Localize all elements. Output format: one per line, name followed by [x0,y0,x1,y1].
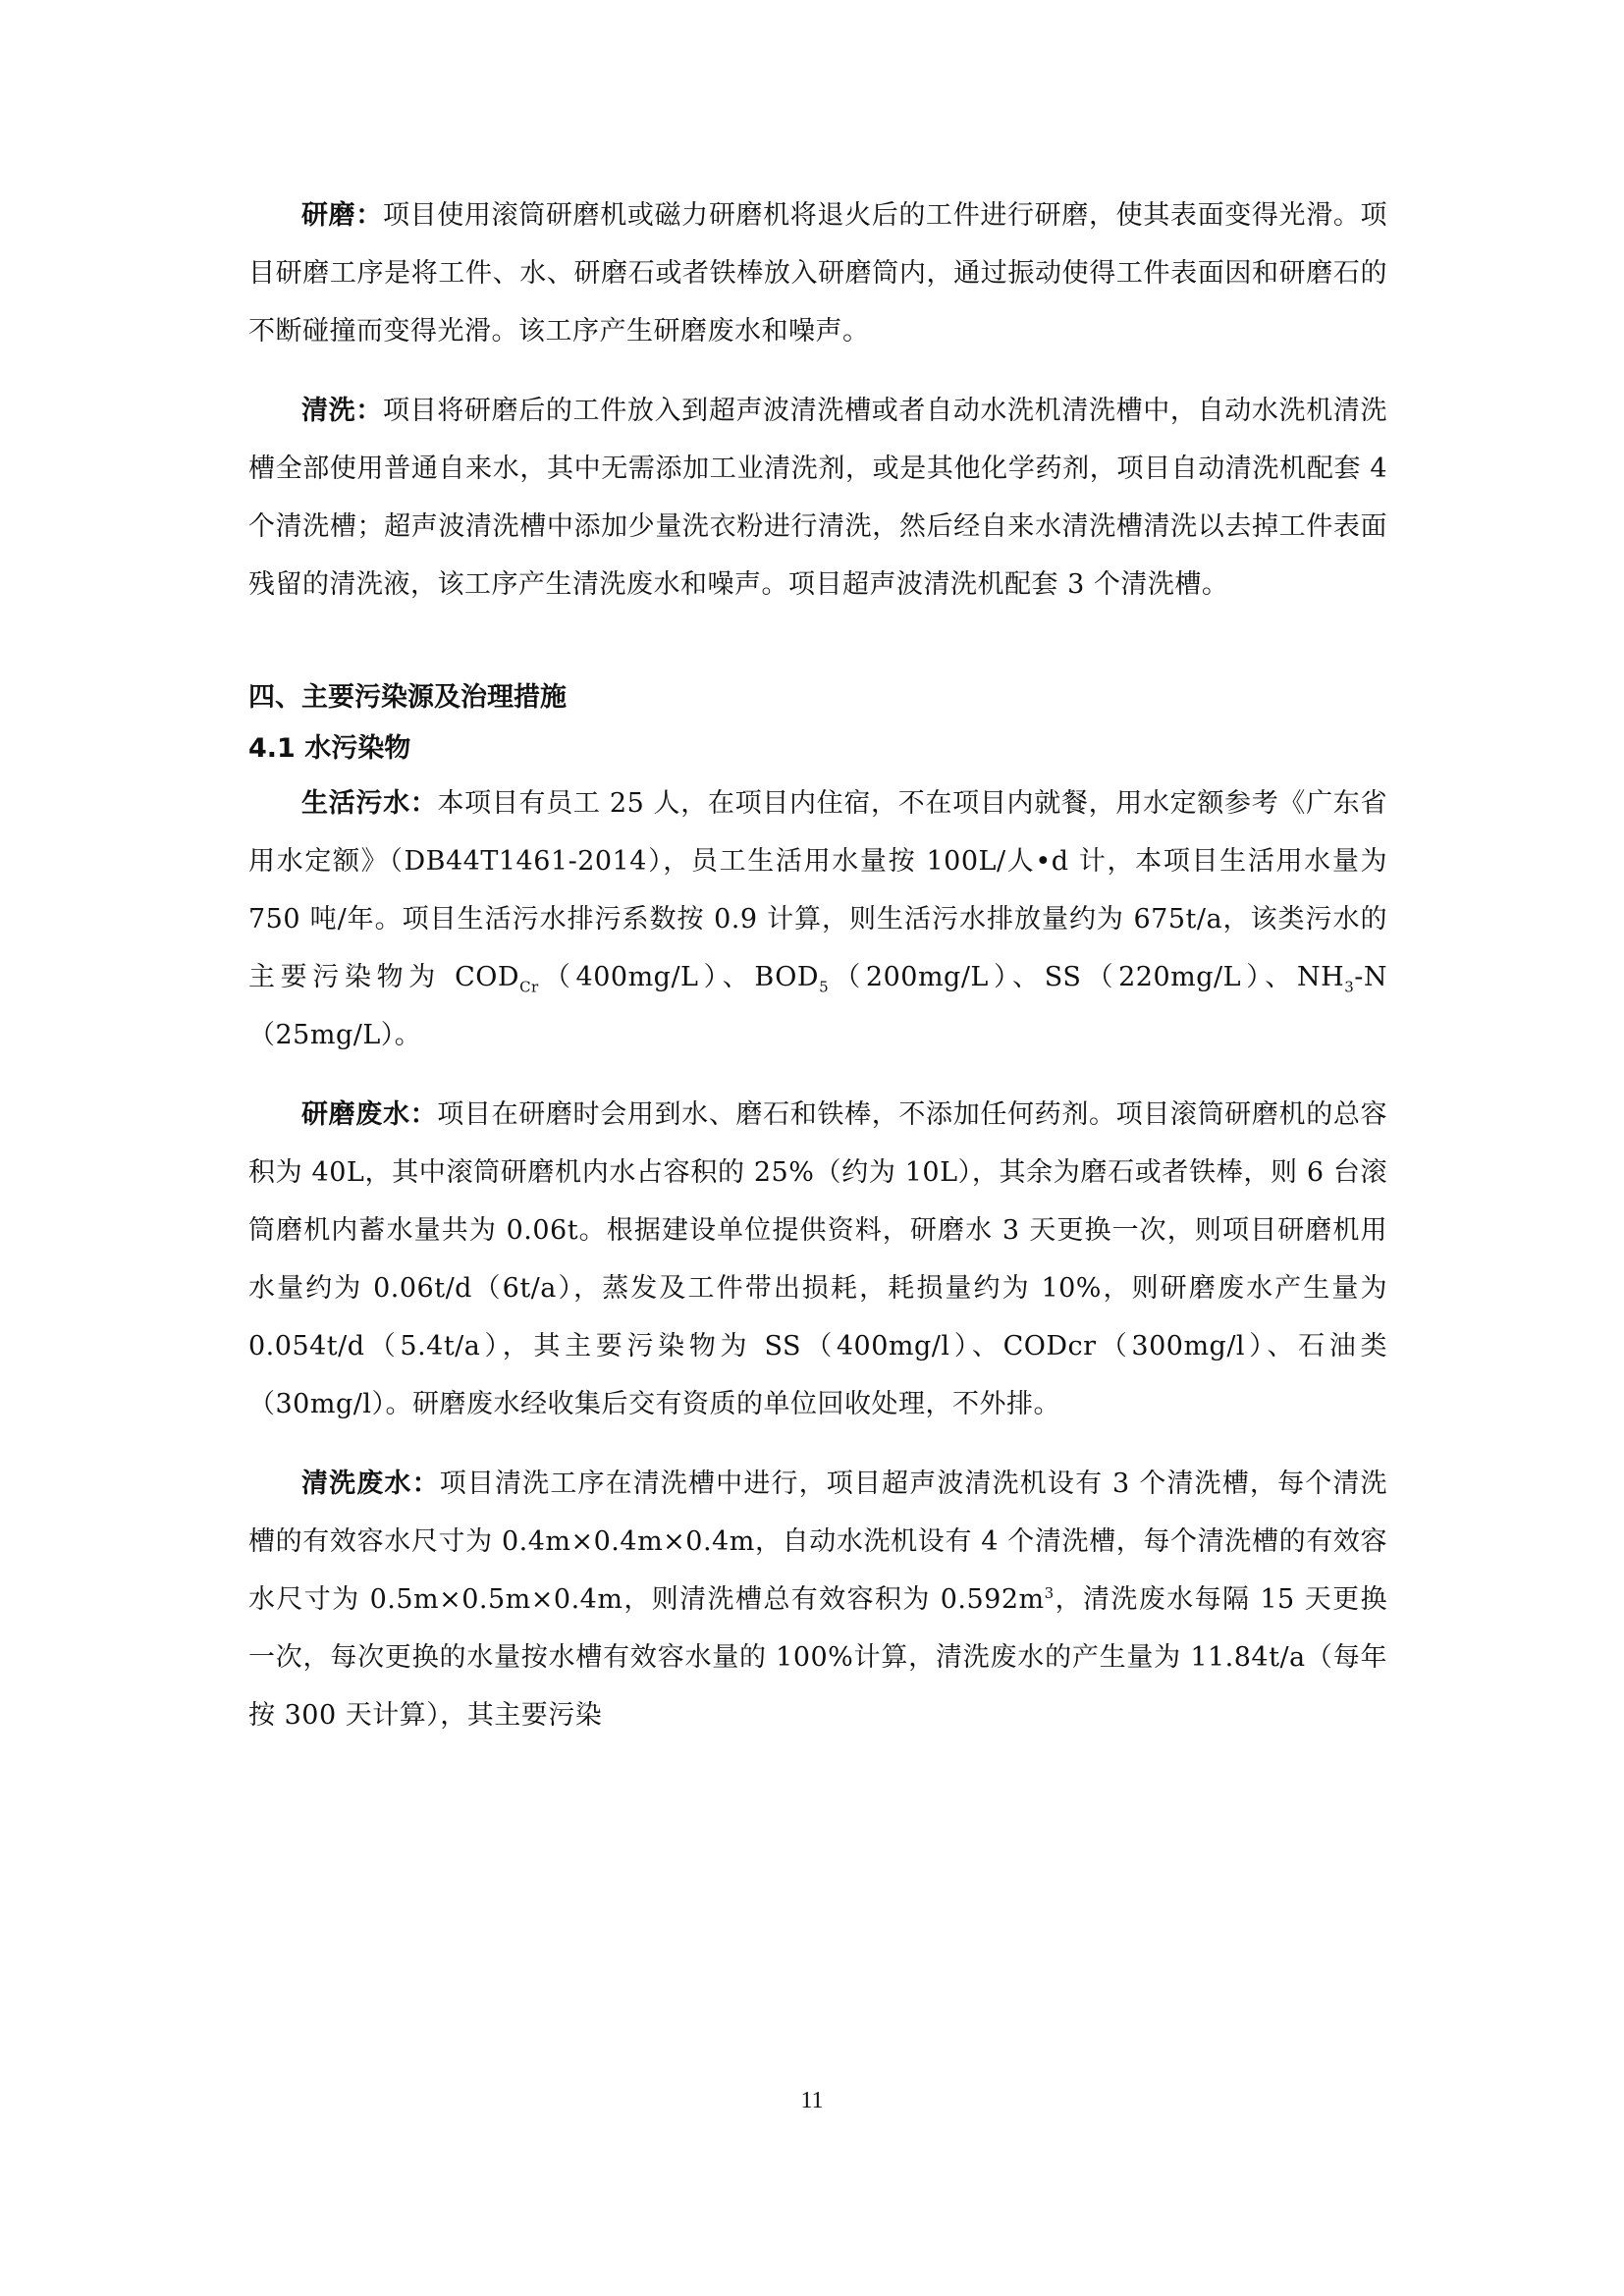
subscript: Cr [519,978,539,995]
spacer [248,360,1387,382]
paragraph-domestic-sewage: 生活污水：本项目有员工 25 人，在项目内住宿，不在项目内就餐，用水定额参考《广… [248,774,1387,1064]
subscript: 3 [1344,978,1354,995]
spacer [248,1433,1387,1455]
section-heading: 四、主要污染源及治理措施 [248,672,1387,723]
paragraph-text: （400mg/L）、BOD [539,962,819,992]
superscript: 3 [1045,1584,1055,1602]
paragraph-lead: 研磨废水： [301,1099,437,1130]
subscript: 5 [819,978,829,995]
paragraph-text: （200mg/L）、SS（220mg/L）、NH [829,962,1344,992]
paragraph-lead: 清洗废水： [301,1468,440,1499]
paragraph-cleaning-wastewater: 清洗废水：项目清洗工序在清洗槽中进行，项目超声波清洗机设有 3 个清洗槽，每个清… [248,1455,1387,1744]
spacer [248,614,1387,672]
paragraph-lead: 生活污水： [301,788,437,819]
document-page: 研磨：项目使用滚筒研磨机或磁力研磨机将退火后的工件进行研磨，使其表面变得光滑。项… [248,187,1387,1744]
paragraph-lead: 清洗： [301,396,383,426]
paragraph-text: 项目使用滚筒研磨机或磁力研磨机将退火后的工件进行研磨，使其表面变得光滑。项目研磨… [248,200,1387,347]
paragraph-text: 项目将研磨后的工件放入到超声波清洗槽或者自动水洗机清洗槽中，自动水洗机清洗槽全部… [248,396,1387,600]
paragraph-grinding-wastewater: 研磨废水：项目在研磨时会用到水、磨石和铁棒，不添加任何药剂。项目滚筒研磨机的总容… [248,1086,1387,1433]
page-number: 11 [0,2088,1624,2114]
subsection-heading: 4.1 水污染物 [248,723,1387,774]
spacer [248,1064,1387,1086]
paragraph-cleaning: 清洗：项目将研磨后的工件放入到超声波清洗槽或者自动水洗机清洗槽中，自动水洗机清洗… [248,382,1387,614]
paragraph-lead: 研磨： [301,200,383,231]
paragraph-grinding: 研磨：项目使用滚筒研磨机或磁力研磨机将退火后的工件进行研磨，使其表面变得光滑。项… [248,187,1387,360]
paragraph-text: 项目在研磨时会用到水、磨石和铁棒，不添加任何药剂。项目滚筒研磨机的总容积为 40… [248,1099,1387,1419]
